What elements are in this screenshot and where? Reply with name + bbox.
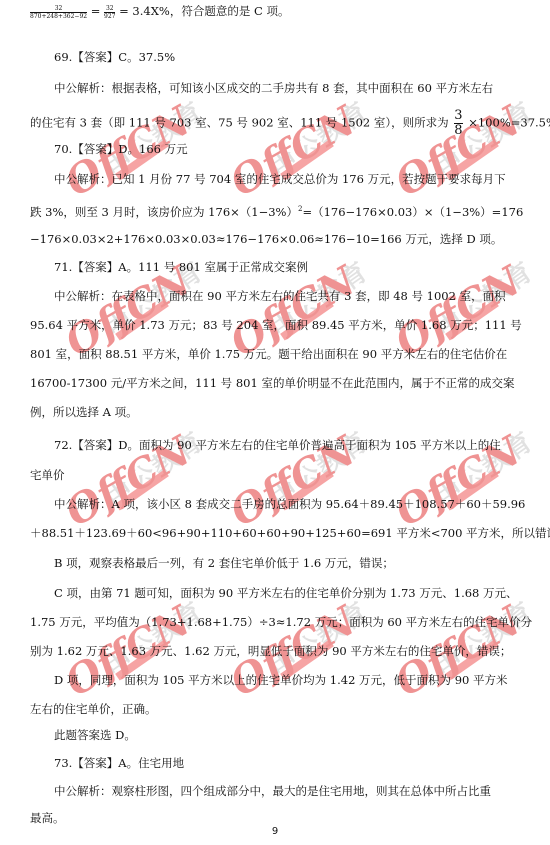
formula-line: 32 870+248+362−92 = 32 927 = 3.4X%，符合题意的… [30, 3, 289, 20]
analysis-text: D 项，同理，面积为 105 平方米以上的住宅单价均为 1.42 万元，低于面积… [54, 672, 508, 688]
analysis-text: C 项，由第 71 题可知，面积为 90 平方米左右的住宅单价分别为 1.73 … [54, 585, 518, 601]
answer-heading-71: 71.【答案】A。111 号 801 室属于正常成交案例 [54, 259, 308, 275]
fraction: 32 927 [104, 5, 115, 20]
analysis-text: B 项，观察表格最后一列，有 2 套住宅单价低于 1.6 万元，错误； [54, 555, 394, 571]
analysis-text: 801 室，面积 88.51 平方米，单价 1.75 万元。题干给出面积在 90… [30, 346, 507, 362]
watermark: 中公教育 OffCN [60, 440, 220, 530]
analysis-text: 中公解析：A 项，该小区 8 套成交二手房的总面积为 95.64＋89.45＋1… [54, 496, 525, 512]
analysis-text: 的住宅有 3 套（即 111 号 703 室、75 号 902 室、111 号 … [30, 109, 550, 138]
analysis-text: 跌 3%，则至 3 月时，该房价应为 176×（1−3%）2=（176−176×… [30, 201, 523, 220]
analysis-text: 别为 1.62 万元、1.63 万元、1.62 万元，明显低于面积为 90 平方… [30, 643, 511, 659]
answer-heading-72: 72.【答案】D。面积为 90 平方米左右的住宅单价普遍高于面积为 105 平方… [54, 437, 501, 453]
answer-heading-72-cont: 宅单价 [30, 467, 65, 483]
analysis-text: 中公解析：观察柱形图，四个组成部分中，最大的是住宅用地，则其在总体中所占比重 [54, 783, 491, 799]
analysis-text: 中公解析：根据表格，可知该小区成交的二手房共有 8 套，其中面积在 60 平方米… [54, 80, 493, 96]
document-page: 中公教育 OffCN 中公教育 OffCN 中公教育 OffCN 中公教育 Of… [0, 0, 550, 845]
conclusion-text: 此题答案选 D。 [54, 727, 136, 743]
watermark: 中公教育 OffCN [225, 440, 385, 530]
analysis-text: 左右的住宅单价，正确。 [30, 701, 157, 717]
answer-heading-73: 73.【答案】A。住宅用地 [54, 755, 184, 771]
fraction: 3 8 [454, 109, 462, 138]
fraction: 32 870+248+362−92 [30, 5, 87, 20]
analysis-text: 95.64 平方米，单价 1.73 万元；83 号 204 室，面积 89.45… [30, 317, 522, 333]
answer-heading-69: 69.【答案】C。37.5% [54, 49, 175, 65]
watermark: 中公教育 OffCN [390, 440, 550, 530]
analysis-text: 16700-17300 元/平方米之间，111 号 801 室的单价明显不在此范… [30, 375, 514, 391]
analysis-text: ＋88.51＋123.69＋60<96+90+110+60+60+90+125+… [30, 525, 550, 541]
analysis-text: 1.75 万元，平均值为（1.73+1.68+1.75）÷3≈1.72 万元；面… [30, 614, 532, 630]
analysis-text: −176×0.03×2+176×0.03×0.03≈176−176×0.06≈1… [30, 231, 502, 247]
answer-heading-70: 70.【答案】D。166 万元 [54, 141, 188, 157]
analysis-text: 中公解析：已知 1 月份 77 号 704 室的住宅成交总价为 176 万元，若… [54, 171, 506, 187]
page-number: 9 [0, 826, 550, 837]
analysis-text: 最高。 [30, 810, 65, 826]
analysis-text: 中公解析：在表格中，面积在 90 平方米左右的住宅共有 3 套，即 48 号 1… [54, 288, 506, 304]
analysis-text: 例，所以选择 A 项。 [30, 404, 138, 420]
